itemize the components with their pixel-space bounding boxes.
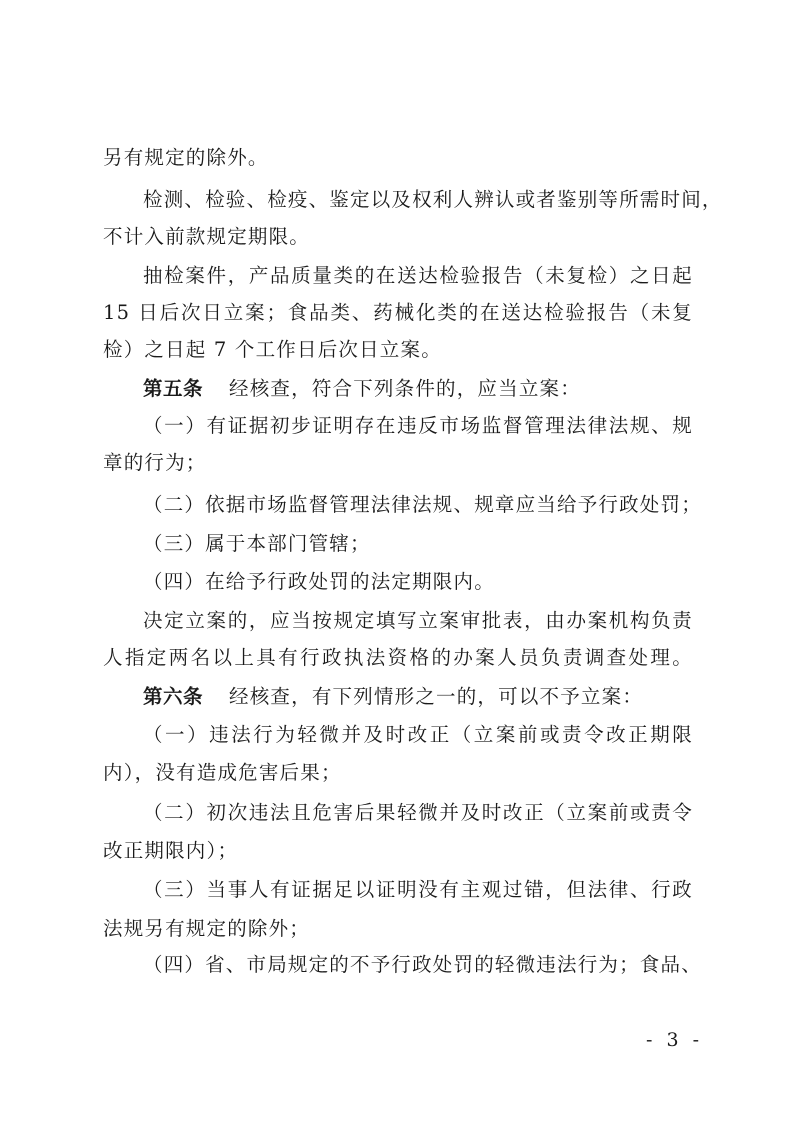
text-line: 人指定两名以上具有行政执法资格的办案人员负责调查处理。 [103, 645, 693, 671]
article-6-text: 经核查，有下列情形之一的，可以不予立案： [229, 685, 643, 708]
text-line: （二）初次违法且危害后果轻微并及时改正（立案前或责令 [143, 800, 693, 826]
text-line: 检测、检验、检疫、鉴定以及权利人辨认或者鉴别等所需时间， [143, 187, 693, 213]
text-line: 另有规定的除外。 [103, 145, 693, 171]
page-number: - 3 - [646, 1028, 703, 1052]
text-line: 抽检案件，产品质量类的在送达检验报告（未复检）之日起 [143, 263, 693, 289]
text-line: 内），没有造成危害后果； [103, 760, 693, 786]
text-line: 不计入前款规定期限。 [103, 224, 693, 250]
article-5-heading: 第五条经核查，符合下列条件的，应当立案： [143, 376, 693, 402]
text-line: （四）在给予行政处罚的法定期限内。 [143, 569, 693, 595]
text-line: （一）有证据初步证明存在违反市场监督管理法律法规、规 [143, 413, 693, 439]
text-line: 法规另有规定的除外； [103, 916, 693, 942]
article-6-heading: 第六条经核查，有下列情形之一的，可以不予立案： [143, 684, 693, 710]
text-line: 改正期限内）； [103, 838, 693, 864]
text-line: （四）省、市局规定的不予行政处罚的轻微违法行为；食品、 [143, 952, 693, 978]
text-line: （三）当事人有证据足以证明没有主观过错，但法律、行政 [143, 877, 693, 903]
text-line: （二）依据市场监督管理法律法规、规章应当给予行政处罚； [143, 492, 693, 518]
text-line: （一）违法行为轻微并及时改正（立案前或责令改正期限 [143, 722, 693, 748]
article-6-label: 第六条 [143, 685, 203, 708]
text-line: （三）属于本部门管辖； [143, 531, 693, 557]
text-line: 15 日后次日立案；食品类、药械化类的在送达检验报告（未复 [103, 300, 693, 326]
document-page: 另有规定的除外。 检测、检验、检疫、鉴定以及权利人辨认或者鉴别等所需时间， 不计… [0, 0, 793, 1122]
text-line: 章的行为； [103, 450, 693, 476]
text-line: 检）之日起 7 个工作日后次日立案。 [103, 337, 693, 363]
article-5-text: 经核查，符合下列条件的，应当立案： [229, 377, 581, 400]
article-5-label: 第五条 [143, 377, 203, 400]
text-line: 决定立案的，应当按规定填写立案审批表，由办案机构负责 [143, 608, 693, 634]
